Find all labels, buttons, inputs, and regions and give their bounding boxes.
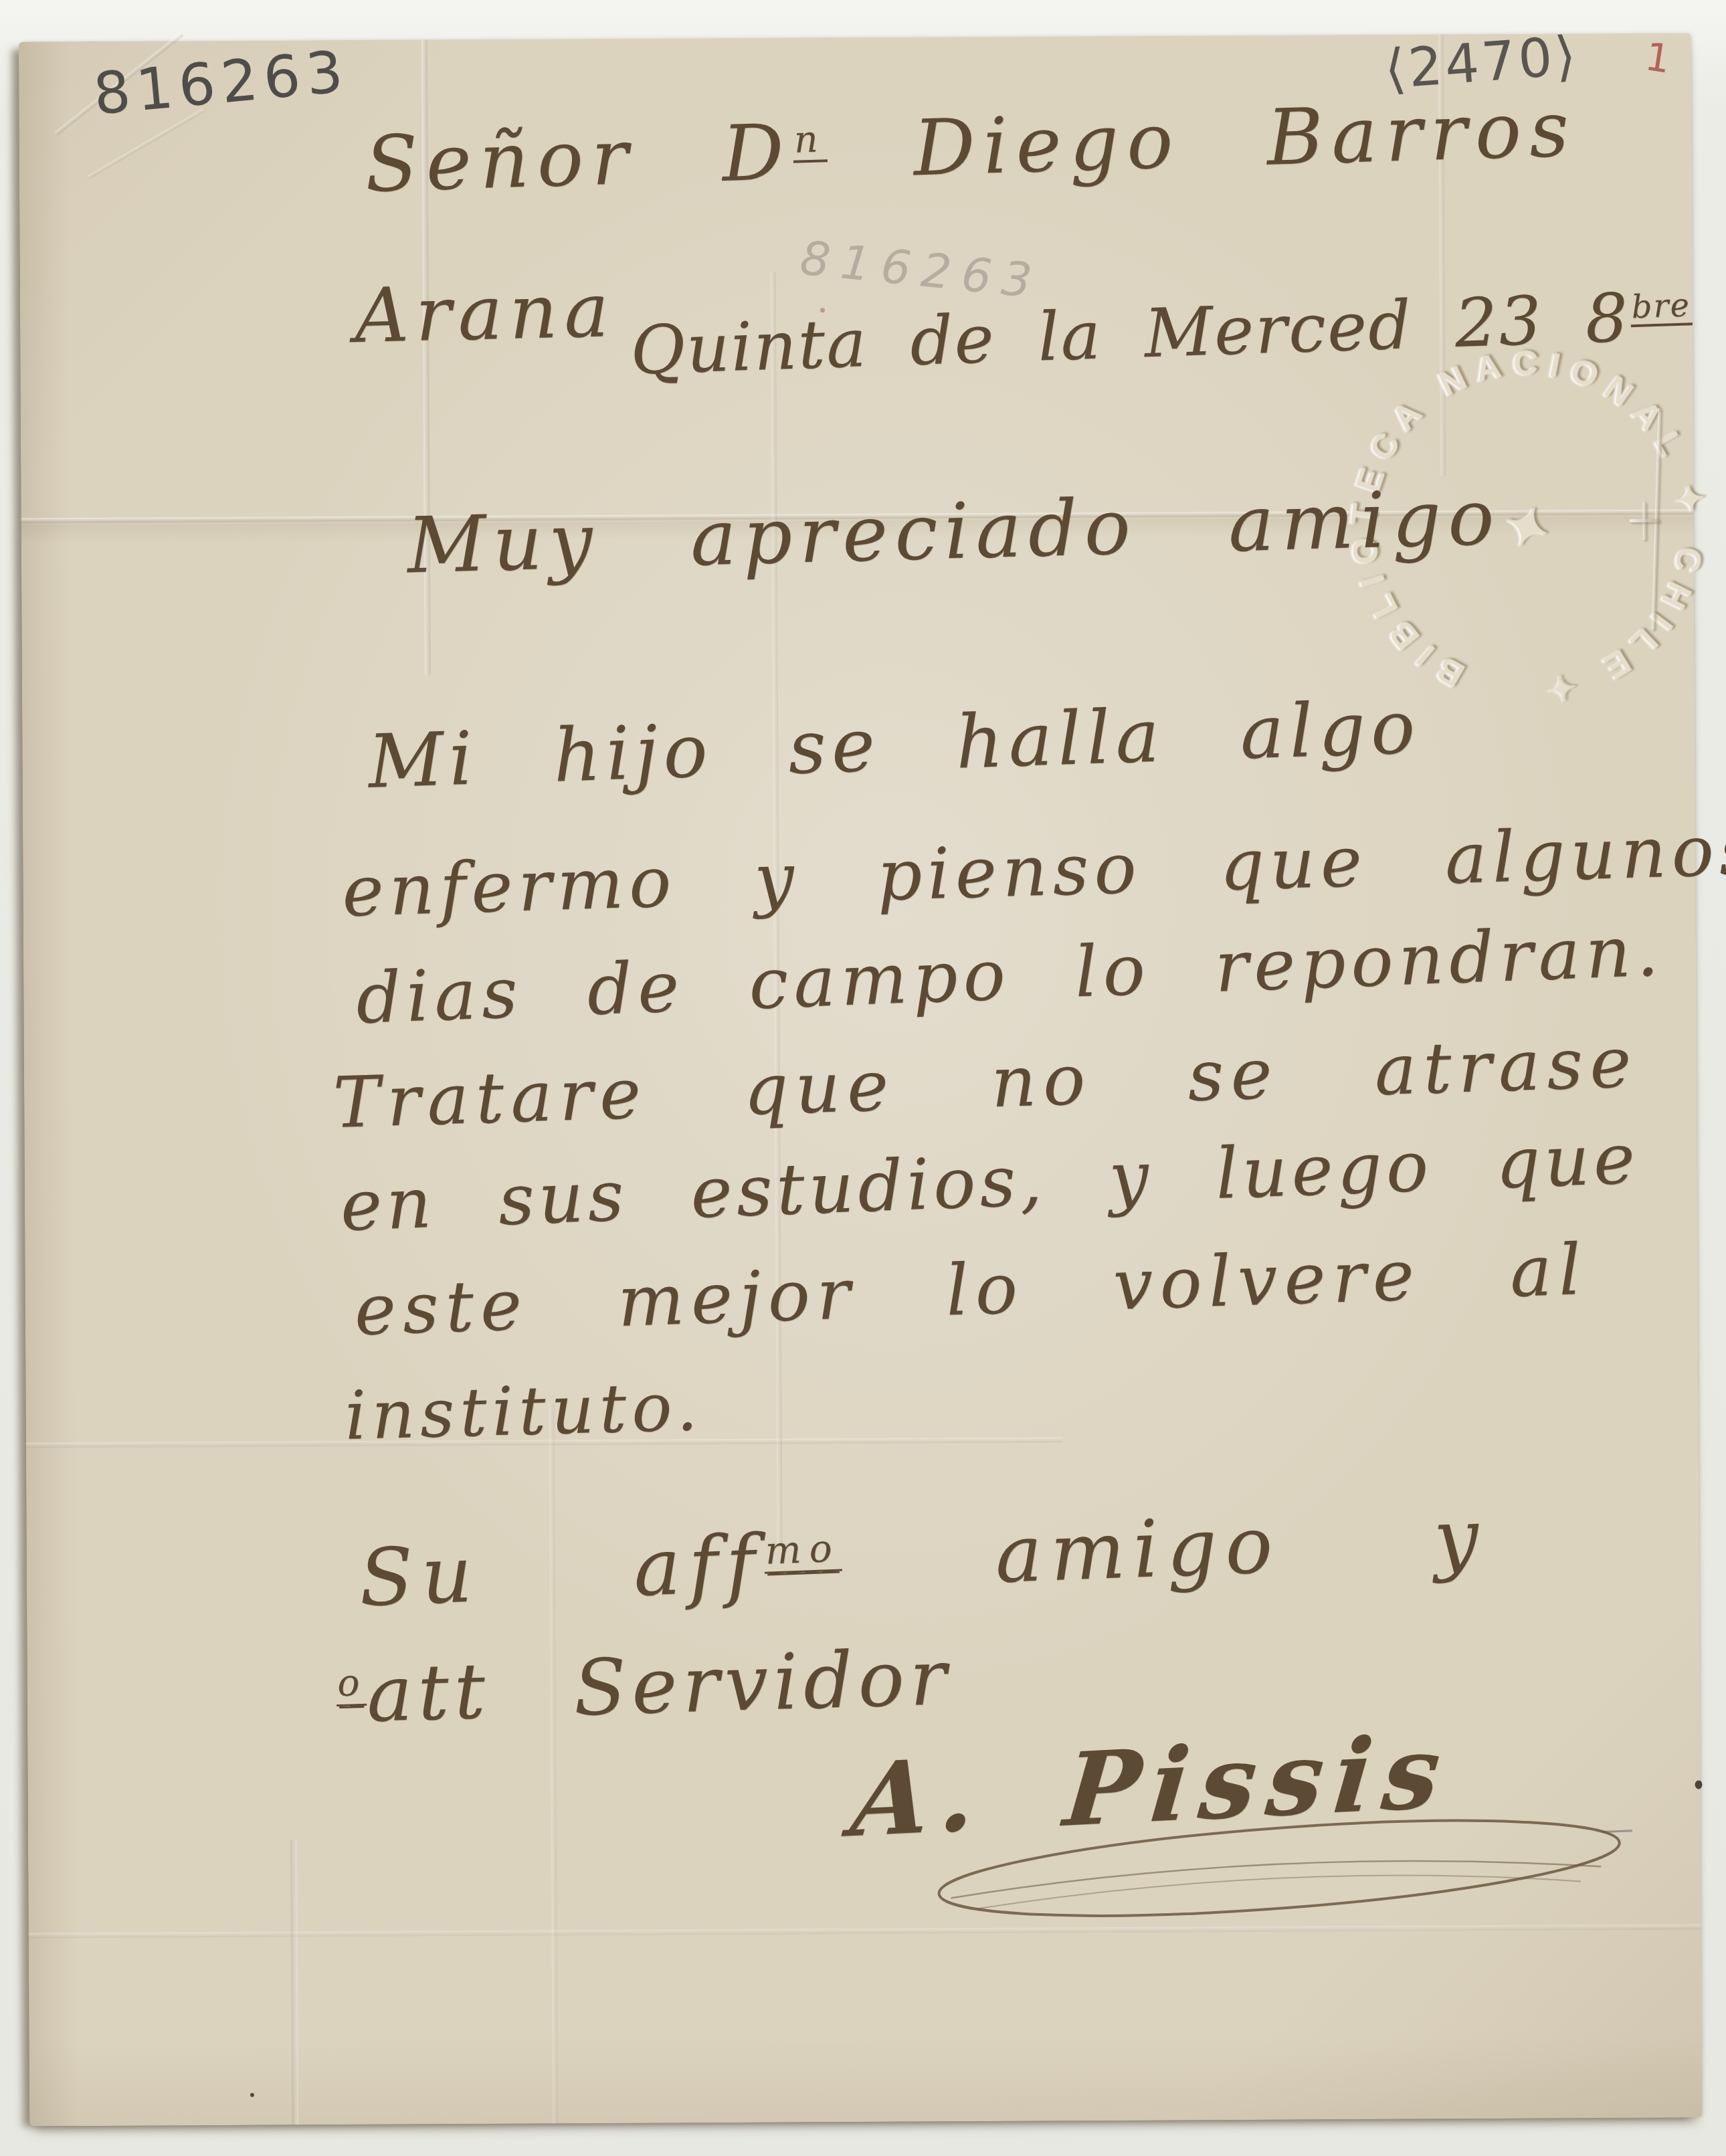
body-line-1: Mi hijo se halla algo	[367, 684, 1422, 805]
body-line-2: enfermo y pienso que algunos	[341, 809, 1726, 933]
scanned-letter-page: { "annotations": { "inventory_number": "…	[0, 0, 1726, 2156]
crease-vertical-4	[290, 1840, 298, 2125]
body-line-6: este mejor lo volvere al	[353, 1229, 1589, 1351]
body-line-3: dias de campo lo repondran.	[355, 910, 1665, 1040]
recipient-post: Diego Barros	[826, 84, 1578, 196]
letter-page: BIBLIOTECA NACIONAL ✦ CHILE ✦ ✦ 816263 ⟨…	[19, 33, 1702, 2126]
closing1-superscript: mo	[763, 1529, 842, 1574]
stamp-center-star-icon: ✦	[1495, 497, 1563, 557]
recipient-line-2: Arana	[354, 267, 617, 360]
embossed-cross-horizontal	[1630, 519, 1660, 522]
closing2-post: Servidor	[489, 1633, 953, 1736]
recipient-superscript: n	[792, 121, 828, 163]
closing2-superscript-host: o	[335, 1664, 367, 1706]
inventory-number: 816263	[91, 38, 352, 128]
page-number: 1	[1642, 33, 1674, 82]
paper-speck-1	[1695, 1780, 1703, 1789]
closing2-pre: att	[365, 1646, 492, 1739]
recipient-line-1: Señor Dn Diego Barros	[364, 84, 1578, 210]
paper-speck-2	[250, 2093, 254, 2097]
closing1-post: amigo y	[840, 1490, 1489, 1606]
closing-line-1: Su affmo amigo y	[357, 1490, 1488, 1624]
faint-inventory-number: 816263	[797, 231, 1045, 310]
dateline-superscript: bre	[1630, 289, 1693, 327]
crease-vertical-5	[549, 1403, 559, 2123]
body-line-7: instituto.	[344, 1367, 704, 1455]
closing-line-2: oatt Servidor	[335, 1633, 953, 1741]
signature-flourish	[891, 1781, 1641, 1945]
recipient-pre: Señor D	[364, 108, 793, 210]
closing1-pre: Su aff	[357, 1517, 765, 1624]
